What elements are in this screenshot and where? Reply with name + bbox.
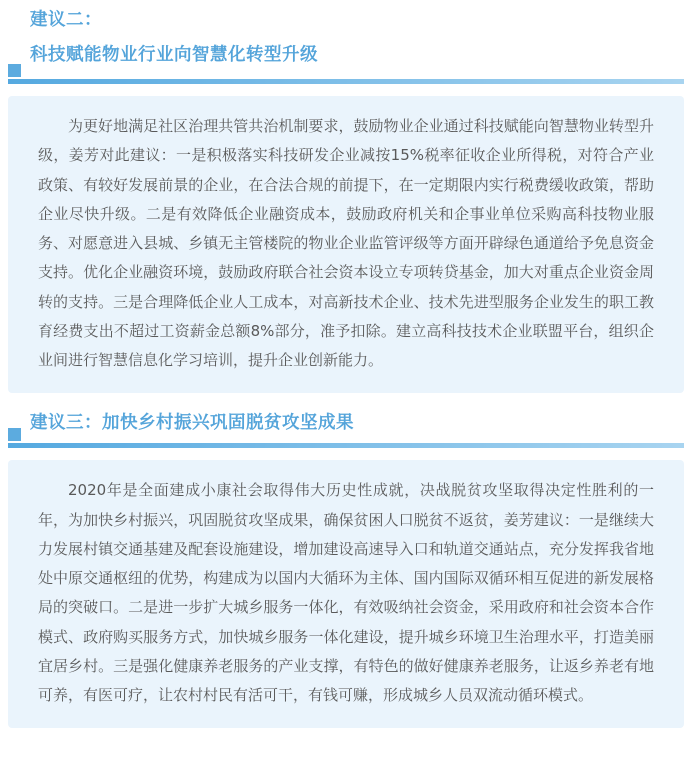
section-three-card: 2020年是全面建成小康社会取得伟大历史性成就，决战脱贫攻坚取得决定性胜利的一年… (8, 460, 684, 728)
gradient-divider (8, 443, 684, 448)
section-three-title: 建议三：加快乡村振兴巩固脱贫攻坚成果 (30, 411, 682, 435)
square-bullet-icon (8, 428, 21, 441)
section-two-paragraph: 为更好地满足社区治理共管共治机制要求，鼓励物业企业通过科技赋能向智慧物业转型升级… (38, 112, 654, 375)
section-suggestion-two: 建议二： 科技赋能物业行业向智慧化转型升级 为更好地满足社区治理共管共治机制要求… (0, 8, 692, 393)
section-three-header: 建议三：加快乡村振兴巩固脱贫攻坚成果 (0, 411, 692, 443)
section-two-label: 建议二： (30, 8, 682, 32)
section-two-header: 建议二： 科技赋能物业行业向智慧化转型升级 (0, 8, 692, 79)
square-bullet-icon (8, 64, 21, 77)
section-suggestion-three: 建议三：加快乡村振兴巩固脱贫攻坚成果 2020年是全面建成小康社会取得伟大历史性… (0, 411, 692, 728)
section-two-title: 科技赋能物业行业向智慧化转型升级 (30, 43, 682, 67)
article-page: 建议二： 科技赋能物业行业向智慧化转型升级 为更好地满足社区治理共管共治机制要求… (0, 0, 692, 728)
gradient-divider (8, 79, 684, 84)
section-two-card: 为更好地满足社区治理共管共治机制要求，鼓励物业企业通过科技赋能向智慧物业转型升级… (8, 96, 684, 393)
section-three-paragraph: 2020年是全面建成小康社会取得伟大历史性成就，决战脱贫攻坚取得决定性胜利的一年… (38, 476, 654, 710)
